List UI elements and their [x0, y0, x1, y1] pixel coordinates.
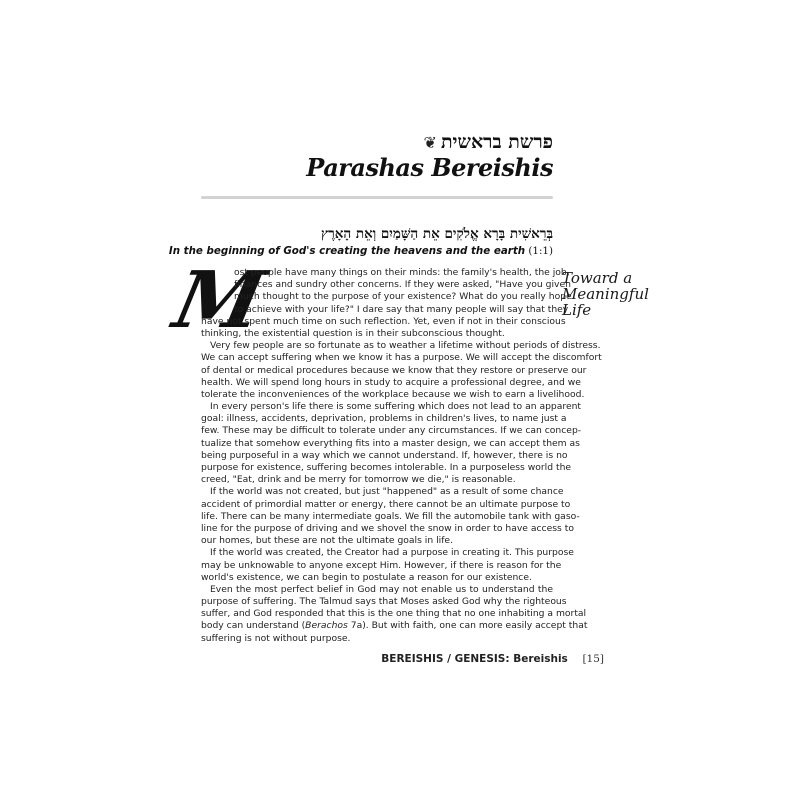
english-portion-title: Parashas Bereishis: [306, 153, 553, 182]
fleuron-ornament-icon: ❦: [424, 133, 437, 152]
text-line: much thought to the purpose of your exis…: [201, 291, 553, 303]
page-number: [15]: [582, 653, 604, 665]
text-line: finances and sundry other concerns. If t…: [201, 279, 553, 291]
text-line: thinking, the existential question is in…: [201, 328, 553, 340]
side-heading-line: Life: [562, 302, 649, 318]
text-line: purpose for existence, suffering becomes…: [201, 462, 553, 474]
text-line: Very few people are so fortunate as to w…: [201, 340, 553, 352]
text-segment: 7a). But with faith, one can more easily…: [348, 620, 588, 631]
text-line: goal: illness, accidents, deprivation, p…: [201, 413, 553, 425]
text-line: life. There can be many intermediate goa…: [201, 511, 553, 523]
text-line: suffer, and God responded that this is t…: [201, 608, 553, 620]
body-text: ost people have many things on their min…: [201, 267, 553, 645]
citation-italic: Berachos: [305, 620, 348, 631]
text-line: creed, "Eat, drink and be merry for tomo…: [201, 474, 553, 486]
side-heading-line: Toward a: [562, 270, 649, 286]
text-line: being purposeful in a way which we canno…: [201, 450, 553, 462]
text-line: line for the purpose of driving and we s…: [201, 523, 553, 535]
text-line: our homes, but these are not the ultimat…: [201, 535, 553, 547]
text-line: suffering is not without purpose.: [201, 633, 553, 645]
text-line: If the world was created, the Creator ha…: [201, 547, 553, 559]
text-line: health. We will spend long hours in stud…: [201, 377, 553, 389]
verse-reference: (1:1): [528, 245, 553, 257]
text-line: accident of primordial matter or energy,…: [201, 499, 553, 511]
text-line: may be unknowable to anyone except Him. …: [201, 560, 553, 572]
text-line: to achieve with your life?" I dare say t…: [201, 304, 553, 316]
text-segment: body can understand (: [201, 620, 305, 631]
side-heading-line: Meaningful: [562, 286, 649, 302]
running-title: BEREISHIS / GENESIS: Bereishis: [381, 653, 568, 665]
book-page: פרשת בראשית ❦ Parashas Bereishis בְּרֵאש…: [0, 0, 800, 800]
hebrew-title-text: פרשת בראשית: [441, 131, 553, 154]
side-heading: Toward a Meaningful Life: [562, 270, 649, 318]
text-line: In every person's life there is some suf…: [201, 401, 553, 413]
hebrew-portion-title: פרשת בראשית ❦: [424, 131, 553, 154]
text-line: tolerate the inconveniences of the workp…: [201, 389, 553, 401]
text-line: We can accept suffering when we know it …: [201, 352, 553, 364]
text-line: ost people have many things on their min…: [201, 267, 553, 279]
text-line: have not spent much time on such reflect…: [201, 316, 553, 328]
title-divider: [201, 196, 553, 199]
hebrew-verse: בְּרֵאשִׁית בָּרָא אֱלֹקִים אֵת הַשָּׁמַ…: [321, 226, 553, 242]
text-line: few. These may be difficult to tolerate …: [201, 425, 553, 437]
text-line: Even the most perfect belief in God may …: [201, 584, 553, 596]
text-line: If the world was not created, but just "…: [201, 486, 553, 498]
text-line: purpose of suffering. The Talmud says th…: [201, 596, 553, 608]
text-line: body can understand (Berachos 7a). But w…: [201, 620, 553, 632]
page-footer: BEREISHIS / GENESIS: Bereishis [15]: [381, 653, 604, 665]
text-line: tualize that somehow everything fits int…: [201, 438, 553, 450]
text-line: world's existence, we can begin to postu…: [201, 572, 553, 584]
text-line: of dental or medical procedures because …: [201, 365, 553, 377]
